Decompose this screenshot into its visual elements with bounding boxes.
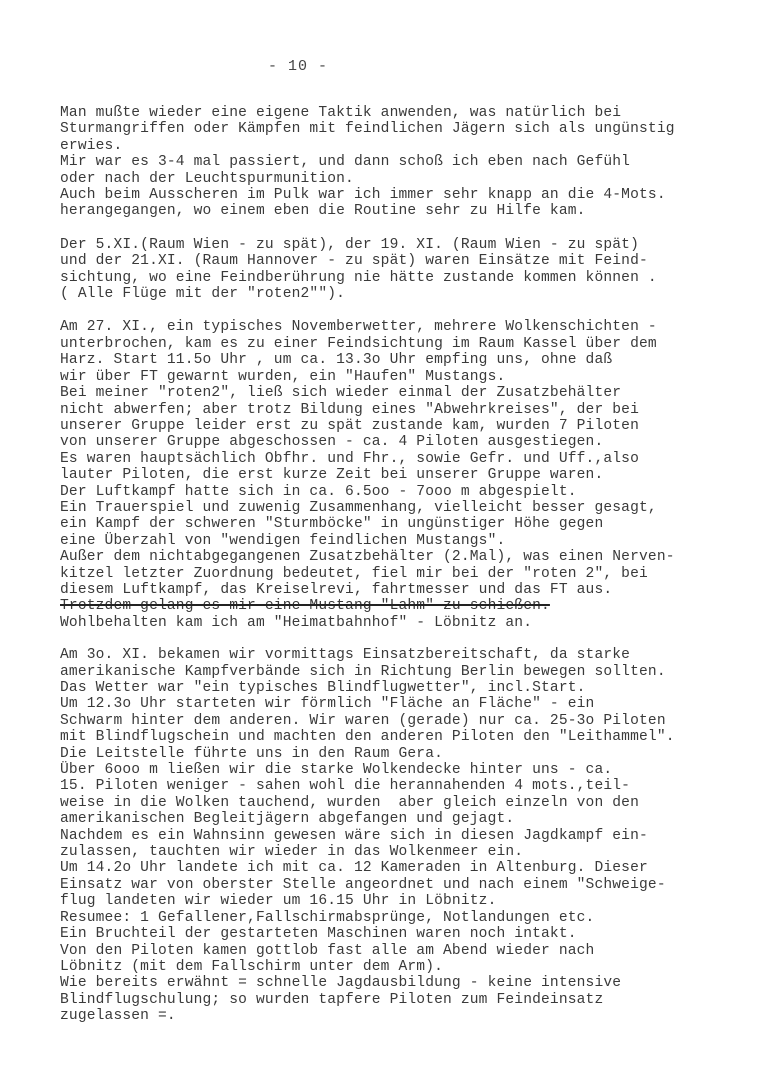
text-line: Man mußte wieder eine eigene Taktik anwe…	[60, 105, 760, 121]
text-line: amerikanischen Begleitjägern abgefangen …	[60, 811, 760, 827]
document-body: Man mußte wieder eine eigene Taktik anwe…	[60, 105, 760, 1041]
text-line: herangegangen, wo einem eben die Routine…	[60, 203, 760, 219]
paragraph-lines-after: Wohlbehalten kam ich am "Heimatbahnhof" …	[60, 615, 760, 631]
paragraph-lines: Am 27. XI., ein typisches Novemberwetter…	[60, 319, 760, 598]
text-line: Von den Piloten kamen gottlob fast alle …	[60, 943, 760, 959]
text-line: flug landeten wir wieder um 16.15 Uhr in…	[60, 893, 760, 909]
text-line: Harz. Start 11.5o Uhr , um ca. 13.3o Uhr…	[60, 352, 760, 368]
paragraph-30-november: Am 3o. XI. bekamen wir vormittags Einsat…	[60, 647, 760, 1024]
text-line: Der 5.XI.(Raum Wien - zu spät), der 19. …	[60, 237, 760, 253]
text-line: Nachdem es ein Wahnsinn gewesen wäre sic…	[60, 828, 760, 844]
text-line: Bei meiner "roten2", ließ sich wieder ei…	[60, 385, 760, 401]
text-line: Sturmangriffen oder Kämpfen mit feindlic…	[60, 121, 760, 137]
text-line: Resumee: 1 Gefallener,Fallschirmabsprüng…	[60, 910, 760, 926]
paragraph-november-missions: Der 5.XI.(Raum Wien - zu spät), der 19. …	[60, 237, 760, 303]
text-line: Über 6ooo m ließen wir die starke Wolken…	[60, 762, 760, 778]
struck-through-line: Trotzdem gelang es mir eine Mustang "Lah…	[60, 598, 760, 614]
text-line: unserer Gruppe leider erst zu spät zusta…	[60, 418, 760, 434]
text-line: sichtung, wo eine Feindberührung nie hät…	[60, 270, 760, 286]
text-line: Einsatz war von oberster Stelle angeordn…	[60, 877, 760, 893]
text-line: von unserer Gruppe abgeschossen - ca. 4 …	[60, 434, 760, 450]
text-line: Schwarm hinter dem anderen. Wir waren (g…	[60, 713, 760, 729]
text-line: Am 27. XI., ein typisches Novemberwetter…	[60, 319, 760, 335]
text-line: nicht abwerfen; aber trotz Bildung eines…	[60, 402, 760, 418]
text-line: zugelassen =.	[60, 1008, 760, 1024]
paragraph-27-november: Am 27. XI., ein typisches Novemberwetter…	[60, 319, 760, 631]
text-line: Außer dem nichtabgegangenen Zusatzbehält…	[60, 549, 760, 565]
text-line: unterbrochen, kam es zu einer Feindsicht…	[60, 336, 760, 352]
text-line: ( Alle Flüge mit der "roten2"").	[60, 286, 760, 302]
text-line: wir über FT gewarnt wurden, ein "Haufen"…	[60, 369, 760, 385]
text-line: Das Wetter war "ein typisches Blindflugw…	[60, 680, 760, 696]
text-line: Wohlbehalten kam ich am "Heimatbahnhof" …	[60, 615, 760, 631]
text-line: mit Blindflugschein und machten den ande…	[60, 729, 760, 745]
text-line: oder nach der Leuchtspurmunition.	[60, 171, 760, 187]
text-line: Blindflugschulung; so wurden tapfere Pil…	[60, 992, 760, 1008]
text-line: erwies.	[60, 138, 760, 154]
text-line: zulassen, tauchten wir wieder in das Wol…	[60, 844, 760, 860]
text-line: kitzel letzter Zuordnung bedeutet, fiel …	[60, 566, 760, 582]
text-line: 15. Piloten weniger - sahen wohl die her…	[60, 778, 760, 794]
text-line: Die Leitstelle führte uns in den Raum Ge…	[60, 746, 760, 762]
text-line: Auch beim Ausscheren im Pulk war ich imm…	[60, 187, 760, 203]
text-line: Am 3o. XI. bekamen wir vormittags Einsat…	[60, 647, 760, 663]
text-line: lauter Piloten, die erst kurze Zeit bei …	[60, 467, 760, 483]
text-line: Der Luftkampf hatte sich in ca. 6.5oo - …	[60, 484, 760, 500]
text-line: Wie bereits erwähnt = schnelle Jagdausbi…	[60, 975, 760, 991]
text-line: Löbnitz (mit dem Fallschirm unter dem Ar…	[60, 959, 760, 975]
text-line: und der 21.XI. (Raum Hannover - zu spät)…	[60, 253, 760, 269]
text-line: weise in die Wolken tauchend, wurden abe…	[60, 795, 760, 811]
text-line: diesem Luftkampf, das Kreiselrevi, fahrt…	[60, 582, 760, 598]
text-line: Es waren hauptsächlich Obfhr. und Fhr., …	[60, 451, 760, 467]
text-line: Mir war es 3-4 mal passiert, und dann sc…	[60, 154, 760, 170]
page-number: - 10 -	[268, 58, 328, 75]
paragraph-tactics: Man mußte wieder eine eigene Taktik anwe…	[60, 105, 760, 220]
text-line: Ein Trauerspiel und zuwenig Zusammenhang…	[60, 500, 760, 516]
text-line: ein Kampf der schweren "Sturmböcke" in u…	[60, 516, 760, 532]
text-line: Um 14.2o Uhr landete ich mit ca. 12 Kame…	[60, 860, 760, 876]
text-line: Um 12.3o Uhr starteten wir förmlich "Flä…	[60, 696, 760, 712]
text-line: Ein Bruchteil der gestarteten Maschinen …	[60, 926, 760, 942]
text-line: eine Überzahl von "wendigen feindlichen …	[60, 533, 760, 549]
text-line: amerikanische Kampfverbände sich in Rich…	[60, 664, 760, 680]
